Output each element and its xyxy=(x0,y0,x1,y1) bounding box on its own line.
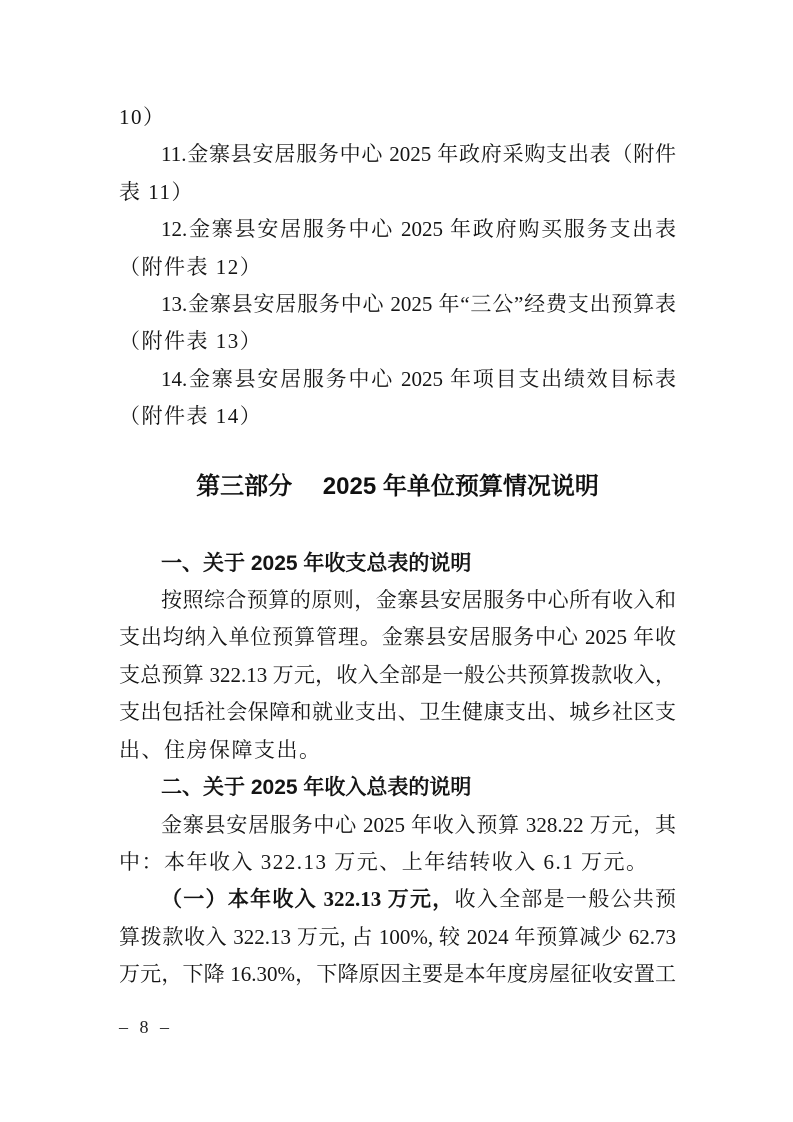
page-number: – 8 – xyxy=(119,1015,170,1039)
section-one-paragraph-line: 支出包括社会保障和就业支出、卫生健康支出、城乡社区支 xyxy=(119,694,676,731)
document-page: 10） 11.金寨县安居服务中心 2025 年政府采购支出表（附件 表 11） … xyxy=(0,0,793,1122)
part-three-heading: 第三部分 2025 年单位预算情况说明 xyxy=(119,468,676,506)
item-one-lead-rest: 收入全部是一般公共预 xyxy=(455,887,676,911)
attachment-list-line-12-tail: （附件表 12） xyxy=(119,249,676,286)
attachment-list-line-14-tail: （附件表 14） xyxy=(119,398,676,435)
attachment-list-line-11: 11.金寨县安居服务中心 2025 年政府采购支出表（附件 xyxy=(119,136,676,173)
section-two-paragraph-last-line: 中：本年收入 322.13 万元、上年结转收入 6.1 万元。 xyxy=(119,844,676,881)
section-one-heading: 一、关于 2025 年收支总表的说明 xyxy=(119,545,676,582)
attachment-list-line-13-tail: （附件表 13） xyxy=(119,323,676,360)
attachment-list-line-14: 14.金寨县安居服务中心 2025 年项目支出绩效目标表 xyxy=(119,361,676,398)
section-two-paragraph-line: 金寨县安居服务中心 2025 年收入预算 328.22 万元，其 xyxy=(119,807,676,844)
section-two-heading: 二、关于 2025 年收入总表的说明 xyxy=(119,769,676,806)
attachment-list-line-12: 12.金寨县安居服务中心 2025 年政府购买服务支出表 xyxy=(119,211,676,248)
attachment-list-line-13: 13.金寨县安居服务中心 2025 年“三公”经费支出预算表 xyxy=(119,286,676,323)
section-one-paragraph-line: 支总预算 322.13 万元，收入全部是一般公共预算拨款收入， xyxy=(119,657,676,694)
attachment-list-line-10-tail: 10） xyxy=(119,99,676,136)
section-one-paragraph-line: 按照综合预算的原则，金寨县安居服务中心所有收入和 xyxy=(119,582,676,619)
item-one-line: 万元，下降 16.30%，下降原因主要是本年度房屋征收安置工 xyxy=(119,956,676,993)
item-one-bold-lead: （一）本年收入 322.13 万元， xyxy=(161,887,455,911)
item-one-line: （一）本年收入 322.13 万元，收入全部是一般公共预 xyxy=(119,881,676,918)
item-one-line: 算拨款收入 322.13 万元, 占 100%, 较 2024 年预算减少 62… xyxy=(119,919,676,956)
attachment-list-line-11-tail: 表 11） xyxy=(119,174,676,211)
section-one-paragraph-line: 支出均纳入单位预算管理。金寨县安居服务中心 2025 年收 xyxy=(119,619,676,656)
section-one-paragraph-last-line: 出、住房保障支出。 xyxy=(119,732,676,769)
